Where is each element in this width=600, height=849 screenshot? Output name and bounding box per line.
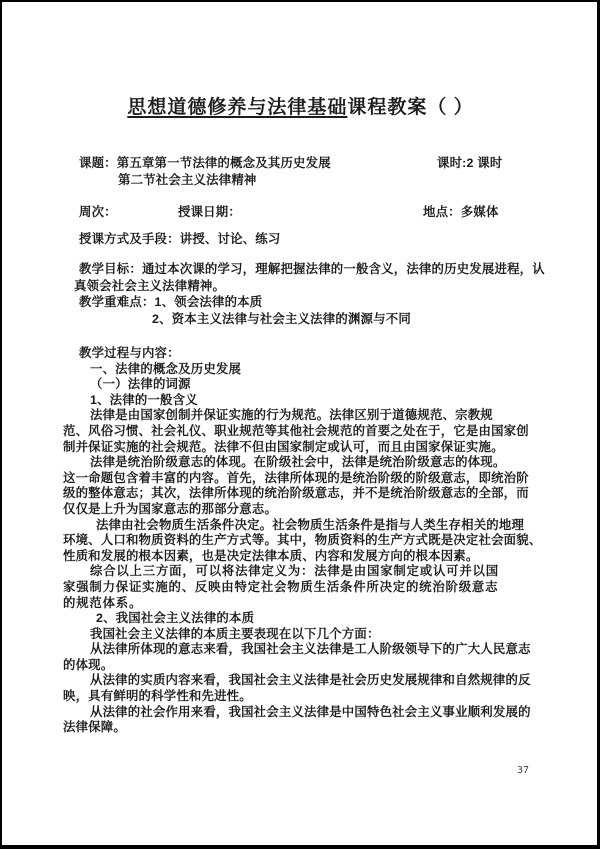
title-underlined-text: 思想道德修养与法律基础 [127, 97, 347, 118]
text-line: 的体现。 [63, 658, 538, 674]
text-line: 性质和发展的根本因素，也是决定法律本质、内容和发展方向的根本因素。 [63, 549, 538, 565]
date-label: 授课日期： [178, 204, 241, 221]
title-rest-text: 课程教案（ ） [347, 97, 473, 118]
text-line: 我国社会主义法律的本质主要表现在以下几个方面： [63, 627, 538, 643]
text-line: （一）法律的词源 [63, 377, 538, 393]
teaching-method: 授课方式及手段：讲授、讨论、练习 [63, 231, 538, 248]
text-line: 从法律所体现的意志来看，我国社会主义法律是工人阶级领导下的广大人民意志 [63, 642, 538, 658]
text-line: 法律保障。 [63, 720, 538, 736]
text-line: 家强制力保证实施的、反映由特定社会物质生活条件所决定的统治阶级意志 [63, 580, 538, 596]
text-line: 映，具有鲜明的科学性和先进性。 [63, 689, 538, 705]
text-line: 仅仅是上升为国家意志的那部分意志。 [63, 502, 538, 518]
text-line: 法律是由国家创制并保证实施的行为规范。法律区别于道德规范、宗教规 [63, 408, 538, 424]
objective-line-2: 真领会社会主义法律精神。 [63, 278, 538, 295]
class-hours: 课时:2 课时 [437, 155, 502, 172]
keypoints-line-1: 教学重难点：1、领会法律的本质 [63, 294, 538, 311]
text-line: 这一命题包含着丰富的内容。首先，法律所体现的是统治阶级的阶级意志，即统治阶 [63, 471, 538, 487]
text-line: 2、我国社会主义法律的本质 [63, 611, 538, 627]
location-label: 地点：多媒体 [423, 204, 499, 221]
text-line: 制并保证实施的社会规范。法律不但由国家制定或认可，而且由国家保证实施。 [63, 440, 538, 456]
topic-line2: 第二节社会主义法律精神 [63, 172, 538, 189]
text-line: 环境、人口和物质资料的生产方式等。其中，物质资料的生产方式既是决定社会面貌、 [63, 533, 538, 549]
keypoints-line-2: 2、资本主义法律与社会主义法律的渊源与不同 [63, 311, 538, 328]
text-line: 范、风俗习惯、社会礼仪、职业规范等其他社会规范的首要之处在于，它是由国家创 [63, 424, 538, 440]
page-title: 思想道德修养与法律基础课程教案（ ） [63, 95, 538, 121]
page-number: 37 [517, 765, 529, 776]
text-line: 1、法律的一般含义 [63, 393, 538, 409]
week-label: 周次： [79, 204, 117, 221]
objective-line-1: 教学目标：通过本次课的学习，理解把握法律的一般含义，法律的历史发展进程，认 [63, 261, 538, 278]
text-line: 法律由社会物质生活条件决定。社会物质生活条件是指与人类生存相关的地理 [63, 518, 538, 534]
text-line: 的规范体系。 [63, 596, 538, 612]
text-line: 级的整体意志；其次，法律所体现的统治阶级意志，并不是统治阶级意志的全部，而 [63, 486, 538, 502]
text-line: 综合以上三方面，可以将法律定义为：法律是由国家制定或认可并以国 [63, 564, 538, 580]
text-line: 教学过程与内容： [63, 346, 538, 362]
text-line: 从法律的实质内容来看，我国社会主义法律是社会历史发展规律和自然规律的反 [63, 673, 538, 689]
text-line: 法律是统治阶级意志的体现。在阶级社会中，法律是统治阶级意志的体现。 [63, 455, 538, 471]
lesson-content: 教学过程与内容：一、法律的概念及历史发展（一）法律的词源1、法律的一般含义法律是… [63, 346, 538, 736]
document-page: 思想道德修养与法律基础课程教案（ ） 课题：第五章第一节法律的概念及其历史发展 … [0, 0, 600, 849]
schedule-row: 周次： 授课日期： 地点：多媒体 [63, 204, 538, 221]
objectives-block: 教学目标：通过本次课的学习，理解把握法律的一般含义，法律的历史发展进程，认 真领… [63, 261, 538, 327]
lesson-meta: 课题：第五章第一节法律的概念及其历史发展 课时:2 课时 第二节社会主义法律精神… [63, 155, 538, 327]
text-line: 从法律的社会作用来看，我国社会主义法律是中国特色社会主义事业顺利发展的 [63, 705, 538, 721]
topic-row: 课题：第五章第一节法律的概念及其历史发展 课时:2 课时 [63, 155, 538, 172]
text-line: 一、法律的概念及历史发展 [63, 362, 538, 378]
topic-label: 课题：第五章第一节法律的概念及其历史发展 [79, 155, 331, 172]
